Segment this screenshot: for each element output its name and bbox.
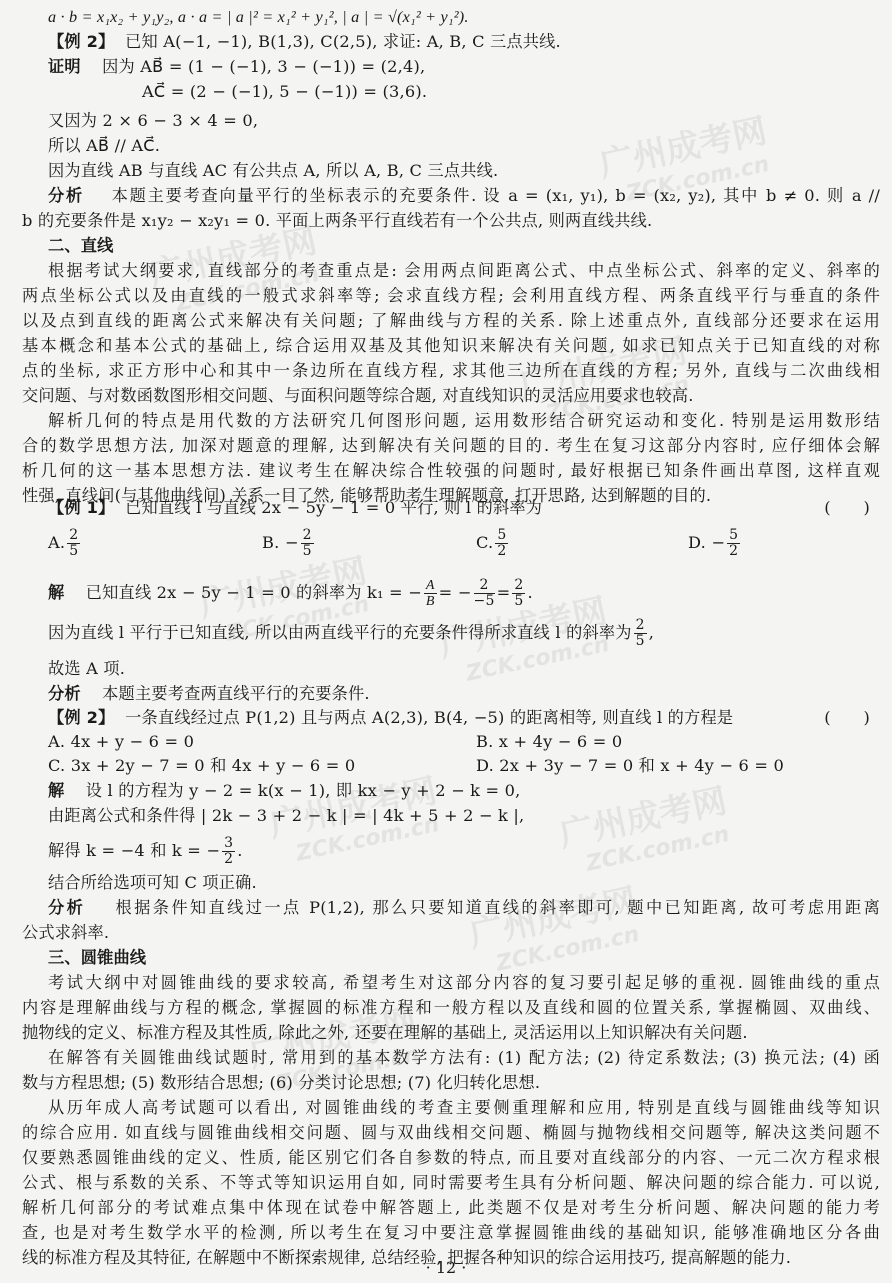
option-b: B. x + 4y − 6 = 0	[476, 731, 622, 753]
section-heading-conics: 三、圆锥曲线	[48, 947, 146, 969]
para-line: 考试大纲中对圆锥曲线的要求较高, 希望考生对这部分内容的复习要引起足够的重视. …	[48, 972, 880, 994]
para-line: 交问题、与对数函数图形相交问题、与面积问题等综合题, 对直线知识的灵活应用要求也…	[22, 385, 694, 407]
fraction: 52	[727, 528, 740, 559]
fraction: 25	[67, 528, 80, 559]
example-label: 【例 1】	[48, 498, 114, 517]
option-b: B. −25	[262, 528, 316, 559]
watermark: 广州成考网ZCK.com.cn	[464, 873, 646, 981]
proof-line-2: AC⃗ = (2 − (−1), 5 − (−1)) = (3,6).	[142, 81, 427, 103]
para-line: 在解答有关圆锥曲线试题时, 常用到的基本数学方法有: (1) 配方法; (2) …	[48, 1047, 880, 1069]
para-line: 合的数学思想方法, 加深对题意的理解, 达到解决有关问题的目的. 考生在复习这部…	[22, 435, 880, 457]
analysis-line-2: b 的充要条件是 x₁y₂ − x₂y₁ = 0. 平面上两条平行直线若有一个公…	[22, 210, 652, 232]
example-text: 已知 A(−1, −1), B(1,3), C(2,5), 求证: A, B, …	[125, 32, 561, 51]
para-line: 查, 也是对考生数学水平的检测, 所以考生在复习中要注意掌握圆锥曲线的基础知识,…	[22, 1222, 880, 1244]
option-c: C.52	[476, 528, 510, 559]
proof-line-1: 证明 因为 AB⃗ = (1 − (−1), 3 − (−1)) = (2,4)…	[48, 56, 425, 78]
fraction: 52	[495, 528, 508, 559]
watermark: 广州成考网ZCK.com.cn	[554, 773, 736, 881]
para-line: 从历年成人高考试题可以看出, 对圆锥曲线的考查主要侧重理解和应用, 特别是直线与…	[48, 1097, 880, 1119]
page-number: · 12 ·	[0, 1258, 892, 1277]
para-line: 抛物线的定义、标准方程及其性质, 除此之外, 还要在理解的基础上, 灵活运用以上…	[22, 1022, 748, 1044]
document-page: 广州成考网ZCK.com.cn 广州成考网ZCK.com.cn 广州成考网ZCK…	[0, 0, 892, 1283]
solution-label: 解	[48, 781, 64, 800]
example2-vector: 【例 2】 已知 A(−1, −1), B(1,3), C(2,5), 求证: …	[48, 31, 561, 53]
para-line: 的综合应用. 如直线与圆锥曲线相交问题、圆与双曲线相交问题、椭圆与抛物线相交问题…	[22, 1122, 880, 1144]
fraction: 25	[634, 618, 647, 649]
option-a: A.25	[48, 528, 82, 559]
para-line: 公式、根与系数的关系、不等式等知识运用自如, 同时需要考生具有分析问题、解决问题…	[22, 1172, 880, 1194]
solution-line-1: 解 设 l 的方程为 y − 2 = k(x − 1), 即 kx − y + …	[48, 780, 520, 802]
option-d: D. 2x + 3y − 7 = 0 和 x + 4y − 6 = 0	[476, 755, 784, 777]
para-line: 以及点到直线的距离公式来解决有关问题; 了解曲线与方程的关系. 除上述重点外, …	[22, 310, 880, 332]
proof-line-5: 因为直线 AB 与直线 AC 有公共点 A, 所以 A, B, C 三点共线.	[48, 160, 498, 182]
para-line: 根据考试大纲要求, 直线部分的考查重点是: 会用两点间距离公式、中点坐标公式、斜…	[48, 260, 880, 282]
example1-question: 【例 1】 已知直线 l 与直线 2x − 5y − 1 = 0 平行, 则 l…	[48, 497, 542, 519]
proof-line-3: 又因为 2 × 6 − 3 × 4 = 0,	[48, 110, 258, 132]
proof-line-4: 所以 AB⃗ // AC⃗.	[48, 135, 160, 157]
para-line: 解析几何部分的考试难点集中体现在试卷中解答题上, 此类题不仅是对考生分析问题、解…	[22, 1197, 880, 1219]
analysis-line-1: 分析 根据条件知直线过一点 P(1,2), 那么只要知道直线的斜率即可, 题中已…	[48, 897, 880, 919]
para-line: 析几何的这一基本思想方法. 建议考生在解决综合性较强的问题时, 最好根据已知条件…	[22, 460, 880, 482]
fraction: 25	[512, 578, 525, 609]
example-label: 【例 2】	[48, 32, 114, 51]
solution-line-4: 结合所给选项可知 C 项正确.	[48, 872, 257, 894]
para-line: 解析几何的特点是用代数的方法研究几何图形问题, 运用数形结合研究运动和变化. 特…	[48, 410, 880, 432]
solution-line-1: 解 已知直线 2x − 5y − 1 = 0 的斜率为 k₁ = −AB= −2…	[48, 578, 533, 609]
para-line: 两点坐标公式以及由直线的一般式求斜率等; 会求直线方程; 会利用直线方程、两条直…	[22, 285, 880, 307]
solution-line-3: 故选 A 项.	[48, 658, 125, 680]
solution-line-2: 由距离公式和条件得 | 2k − 3 + 2 − k | = | 4k + 5 …	[48, 805, 524, 827]
para-line: 仅要熟悉圆锥曲线的定义、性质, 能区别它们各自参数的特点, 而且要对直线部分的内…	[22, 1147, 880, 1169]
option-d: D. −52	[688, 528, 742, 559]
option-c: C. 3x + 2y − 7 = 0 和 4x + y − 6 = 0	[48, 755, 355, 777]
analysis-line-1: 分析 本题主要考查向量平行的坐标表示的充要条件. 设 a = (x₁, y₁),…	[48, 185, 880, 207]
solution-line-3: 解得 k = −4 和 k = −32.	[48, 836, 243, 867]
example2-question: 【例 2】 一条直线经过点 P(1,2) 且与两点 A(2,3), B(4, −…	[48, 707, 733, 729]
answer-blank: ( )	[824, 707, 870, 729]
para-line: 基本概念和基本公式的基础上, 综合运用双基及其他知识来解决有关问题, 如求已知点…	[22, 335, 880, 357]
analysis-line: 分析 本题主要考查两直线平行的充要条件.	[48, 683, 370, 705]
para-line: 内容是理解曲线与方程的概念, 掌握圆的标准方程和一般方程以及直线和圆的位置关系,…	[22, 997, 880, 1019]
para-line: 数与方程思想; (5) 数形结合思想; (6) 分类讨论思想; (7) 化归转化…	[22, 1072, 540, 1094]
analysis-line-2: 公式求斜率.	[22, 922, 109, 944]
fraction: AB	[424, 578, 437, 609]
analysis-label: 分析	[48, 186, 84, 205]
option-a: A. 4x + y − 6 = 0	[48, 731, 194, 753]
section-heading-lines: 二、直线	[48, 235, 114, 257]
para-line: 点的坐标, 求正方形中心和其中一条边所在直线方程, 求其他三边所在直线的方程; …	[22, 360, 880, 382]
fraction: 2−5	[474, 578, 495, 609]
analysis-label: 分析	[48, 898, 85, 917]
example-label: 【例 2】	[48, 708, 114, 727]
answer-blank: ( )	[824, 497, 870, 519]
solution-line-2: 因为直线 l 平行于已知直线, 所以由两直线平行的充要条件得所求直线 l 的斜率…	[48, 618, 654, 649]
fraction: 25	[301, 528, 314, 559]
proof-label: 证明	[48, 57, 81, 76]
solution-label: 解	[48, 583, 64, 602]
analysis-label: 分析	[48, 684, 81, 703]
fraction: 32	[222, 836, 235, 867]
vector-formula: a · b = x₁x₂ + y₁y₂, a · a = | a |² = x₁…	[48, 6, 469, 28]
